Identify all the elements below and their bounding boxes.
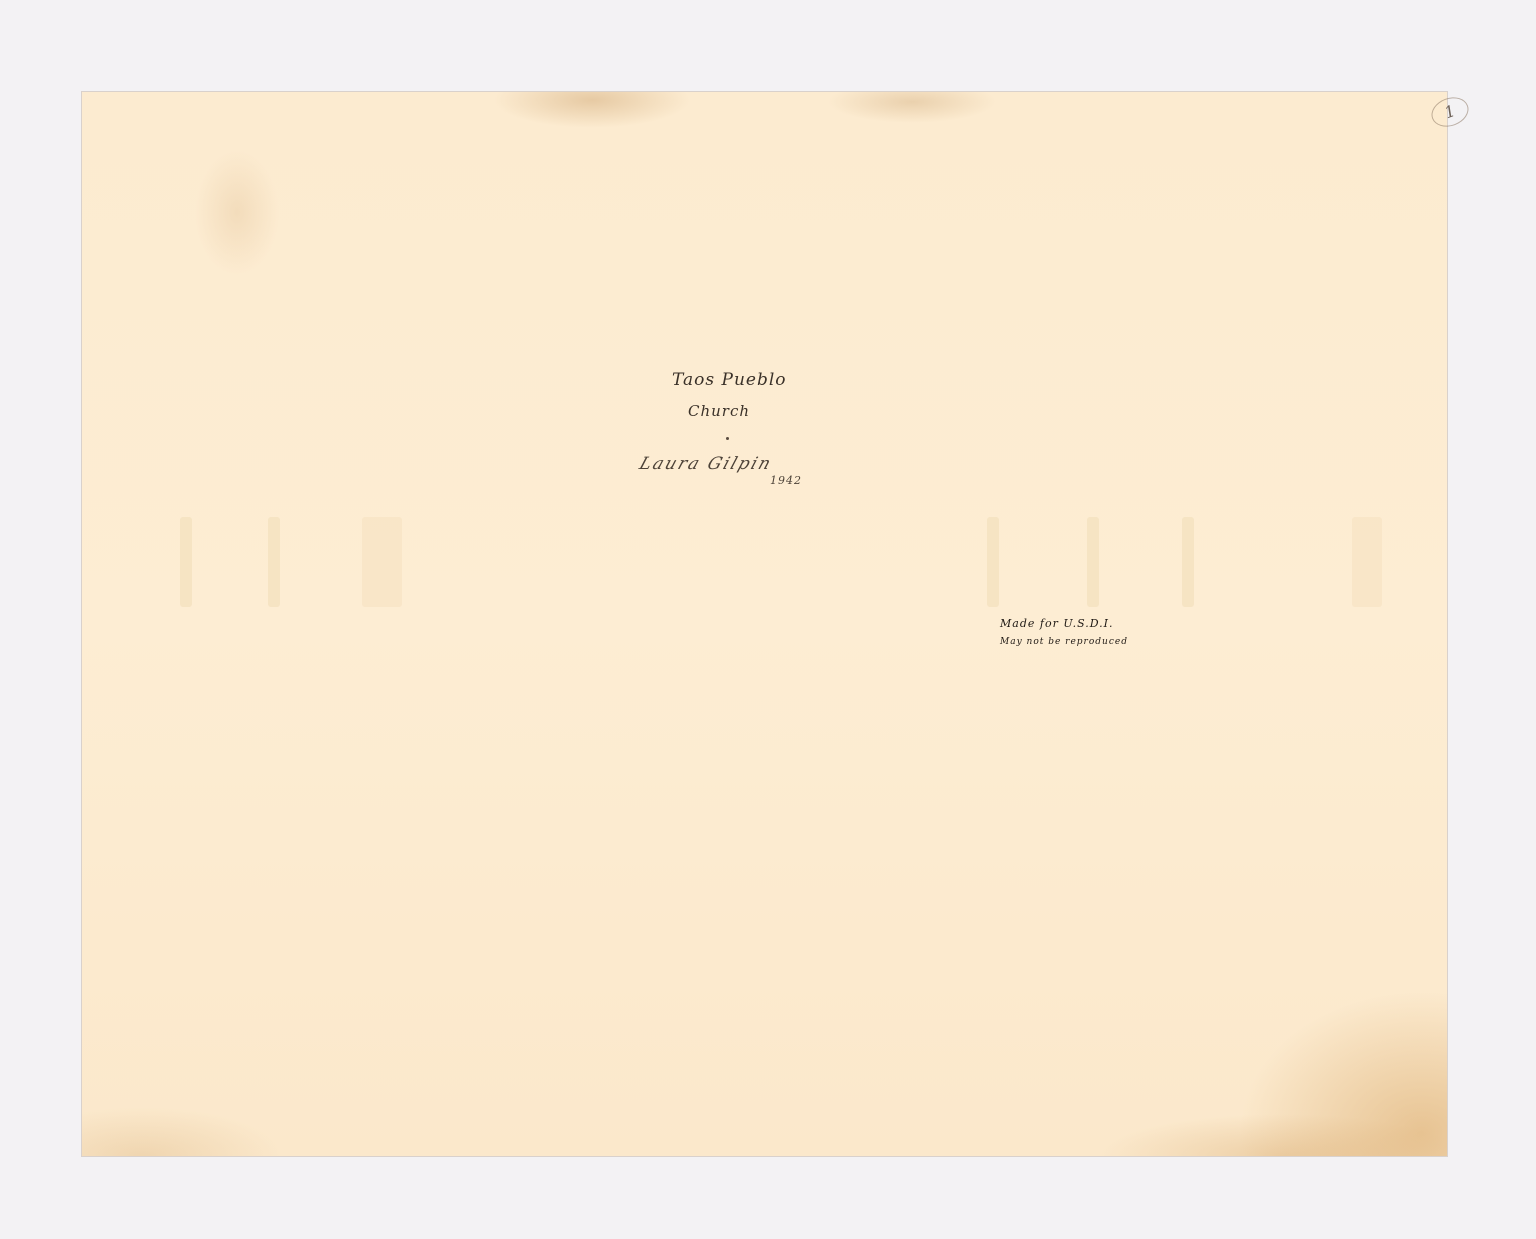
show-through-mark [362, 517, 402, 607]
made-for-note: Made for U.S.D.I. [1000, 617, 1113, 630]
title-inscription-line1: Taos Pueblo [672, 370, 787, 390]
page-number-circled: 1 [1427, 92, 1472, 131]
show-through-mark [1087, 517, 1099, 607]
reproduction-restriction-note: May not be reproduced [1000, 637, 1128, 647]
photograph-verso-sheet: 1 Taos Pueblo Church Laura Gilpin 1942 M… [82, 92, 1447, 1156]
show-through-mark [1352, 517, 1382, 607]
artist-signature: Laura Gilpin [637, 454, 775, 474]
show-through-mark [987, 517, 999, 607]
ink-dot [726, 437, 729, 440]
show-through-mark [180, 517, 192, 607]
title-inscription-line2: Church [688, 402, 750, 420]
show-through-mark [1182, 517, 1194, 607]
signature-year: 1942 [770, 474, 802, 487]
show-through-mark [268, 517, 280, 607]
